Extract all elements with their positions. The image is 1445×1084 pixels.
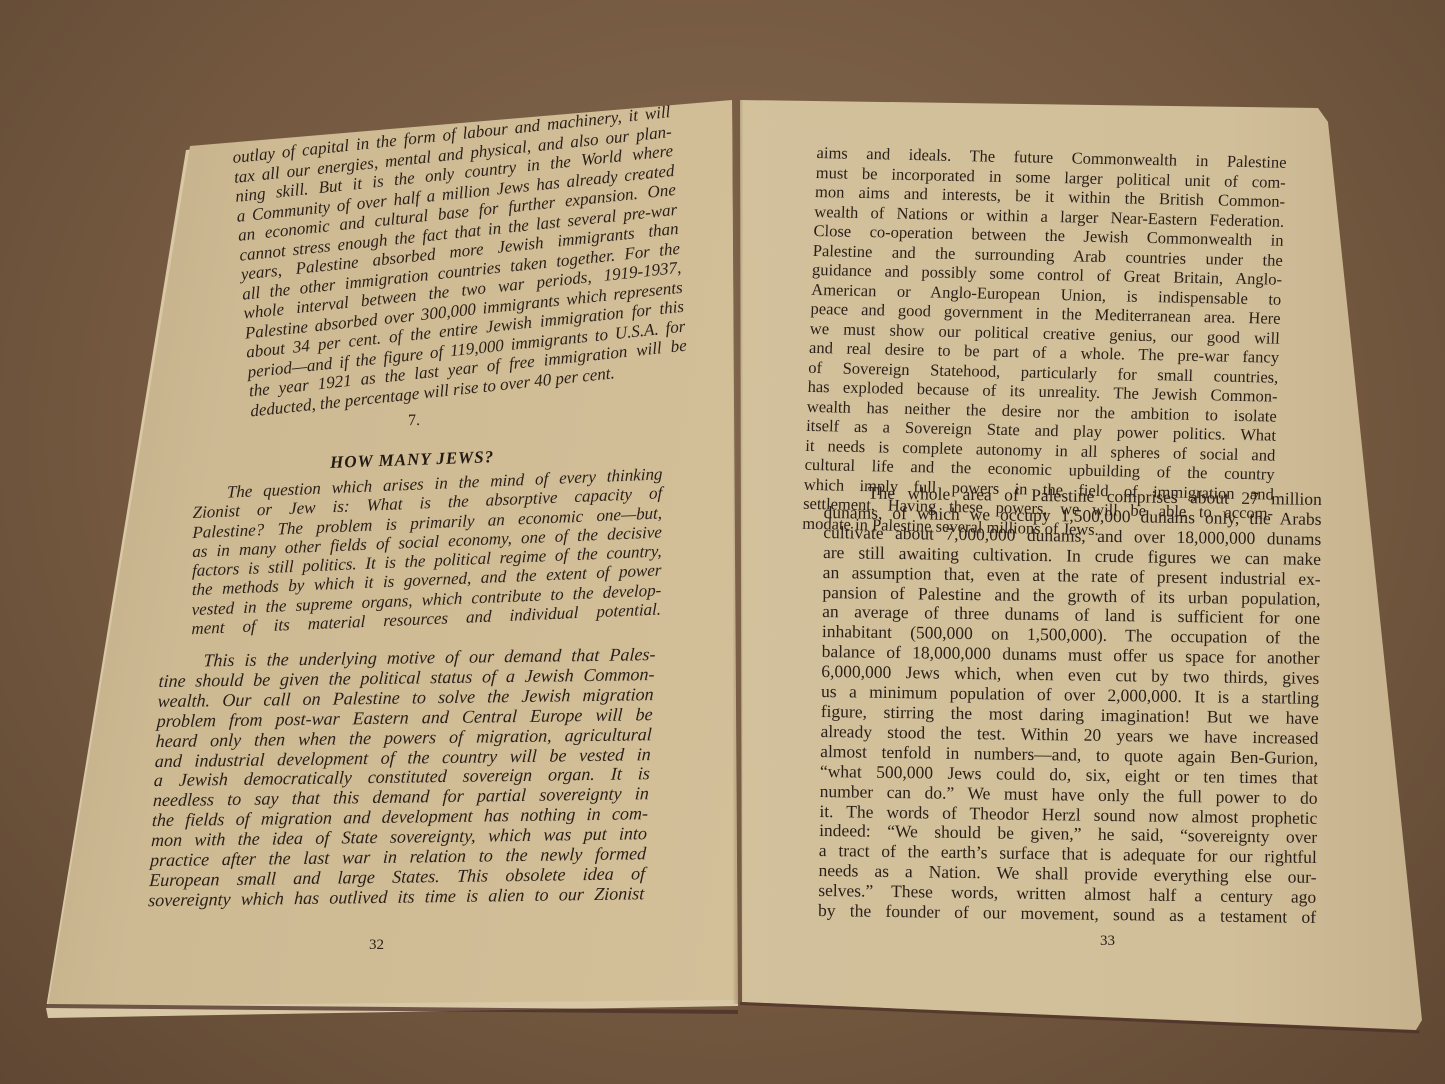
left-page-number: 32 — [369, 937, 384, 954]
book-gutter — [733, 100, 743, 1004]
right-page-paragraph-2: The whole area of Palestine comprises ab… — [818, 483, 1322, 928]
right-page-number: 33 — [1100, 933, 1115, 950]
left-page-top-paragraph: outlay of capital in the form of labour … — [232, 102, 689, 420]
left-page-paragraph-1: The question which arises in the mind of… — [191, 464, 662, 638]
left-page-paragraph-2: This is the underlying motive of our dem… — [148, 645, 656, 911]
section-number: 7. — [408, 412, 420, 430]
